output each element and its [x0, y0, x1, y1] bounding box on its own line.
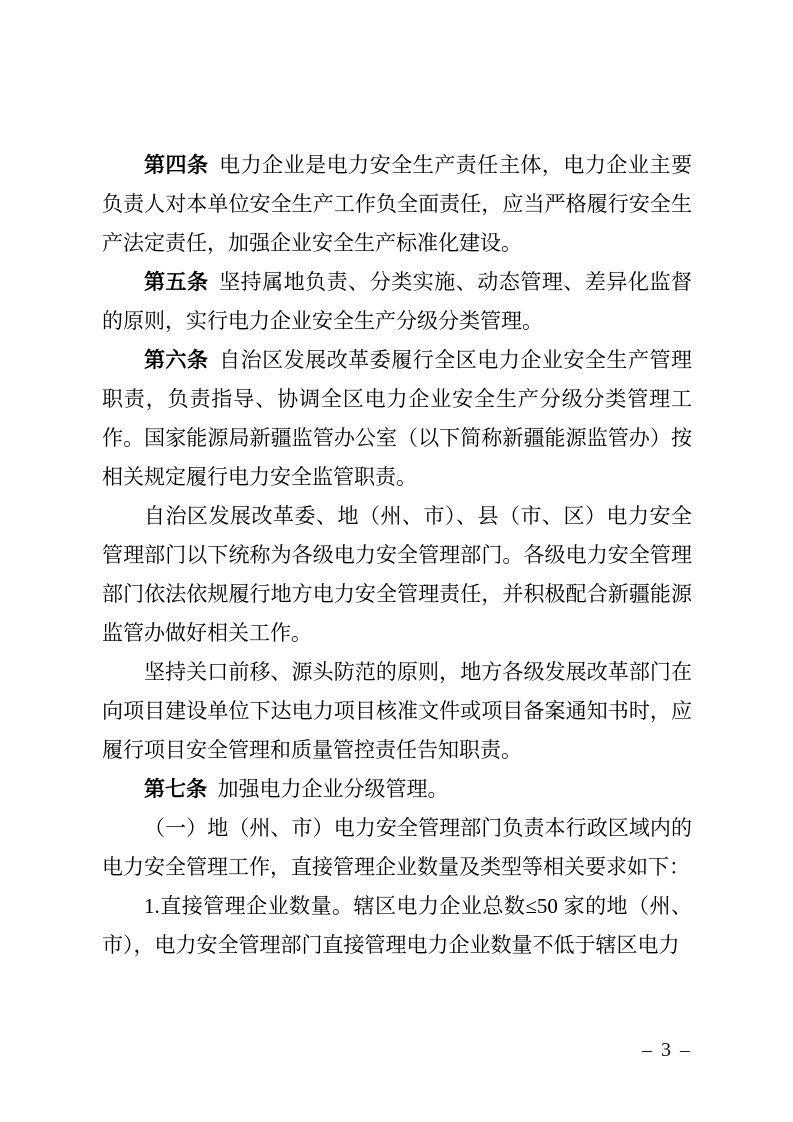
- paragraph-5-text: 坚持关口前移、源头防范的原则，地方各级发展改革部门在向项目建设单位下达电力项目核…: [102, 660, 692, 762]
- paragraph-article-7: 第七条加强电力企业分级管理。: [102, 770, 692, 809]
- paragraph-article-6-continuation-1: 自治区发展改革委、地（州、市）、县（市、区）电力安全管理部门以下统称为各级电力安…: [102, 497, 692, 653]
- paragraph-article-5: 第五条坚持属地负责、分类实施、动态管理、差异化监督的原则，实行电力企业安全生产分…: [102, 263, 692, 341]
- article-7-text: 加强电力企业分级管理。: [218, 777, 449, 801]
- document-page: 第四条电力企业是电力安全生产责任主体，电力企业主要负责人对本单位安全生产工作负全…: [0, 0, 793, 1122]
- page-number: – 3 –: [642, 1038, 692, 1062]
- document-body: 第四条电力企业是电力安全生产责任主体，电力企业主要负责人对本单位安全生产工作负全…: [102, 146, 692, 965]
- paragraph-article-4: 第四条电力企业是电力安全生产责任主体，电力企业主要负责人对本单位安全生产工作负全…: [102, 146, 692, 263]
- paragraph-article-6: 第六条自治区发展改革委履行全区电力企业安全生产管理职责，负责指导、协调全区电力企…: [102, 341, 692, 497]
- paragraph-7-text: （一）地（州、市）电力安全管理部门负责本行政区域内的电力安全管理工作，直接管理企…: [102, 816, 692, 879]
- article-7-label: 第七条: [144, 778, 207, 801]
- article-6-label: 第六条: [144, 349, 209, 372]
- paragraph-item-1: （一）地（州、市）电力安全管理部门负责本行政区域内的电力安全管理工作，直接管理企…: [102, 809, 692, 887]
- article-5-label: 第五条: [144, 271, 209, 294]
- article-4-label: 第四条: [144, 154, 209, 177]
- paragraph-4-text: 自治区发展改革委、地（州、市）、县（市、区）电力安全管理部门以下统称为各级电力安…: [102, 504, 692, 645]
- paragraph-8-text: 1.直接管理企业数量。辖区电力企业总数≤50 家的地（州、市），电力安全管理部门…: [102, 894, 692, 957]
- paragraph-item-1-sub-1: 1.直接管理企业数量。辖区电力企业总数≤50 家的地（州、市），电力安全管理部门…: [102, 887, 692, 965]
- paragraph-article-6-continuation-2: 坚持关口前移、源头防范的原则，地方各级发展改革部门在向项目建设单位下达电力项目核…: [102, 653, 692, 770]
